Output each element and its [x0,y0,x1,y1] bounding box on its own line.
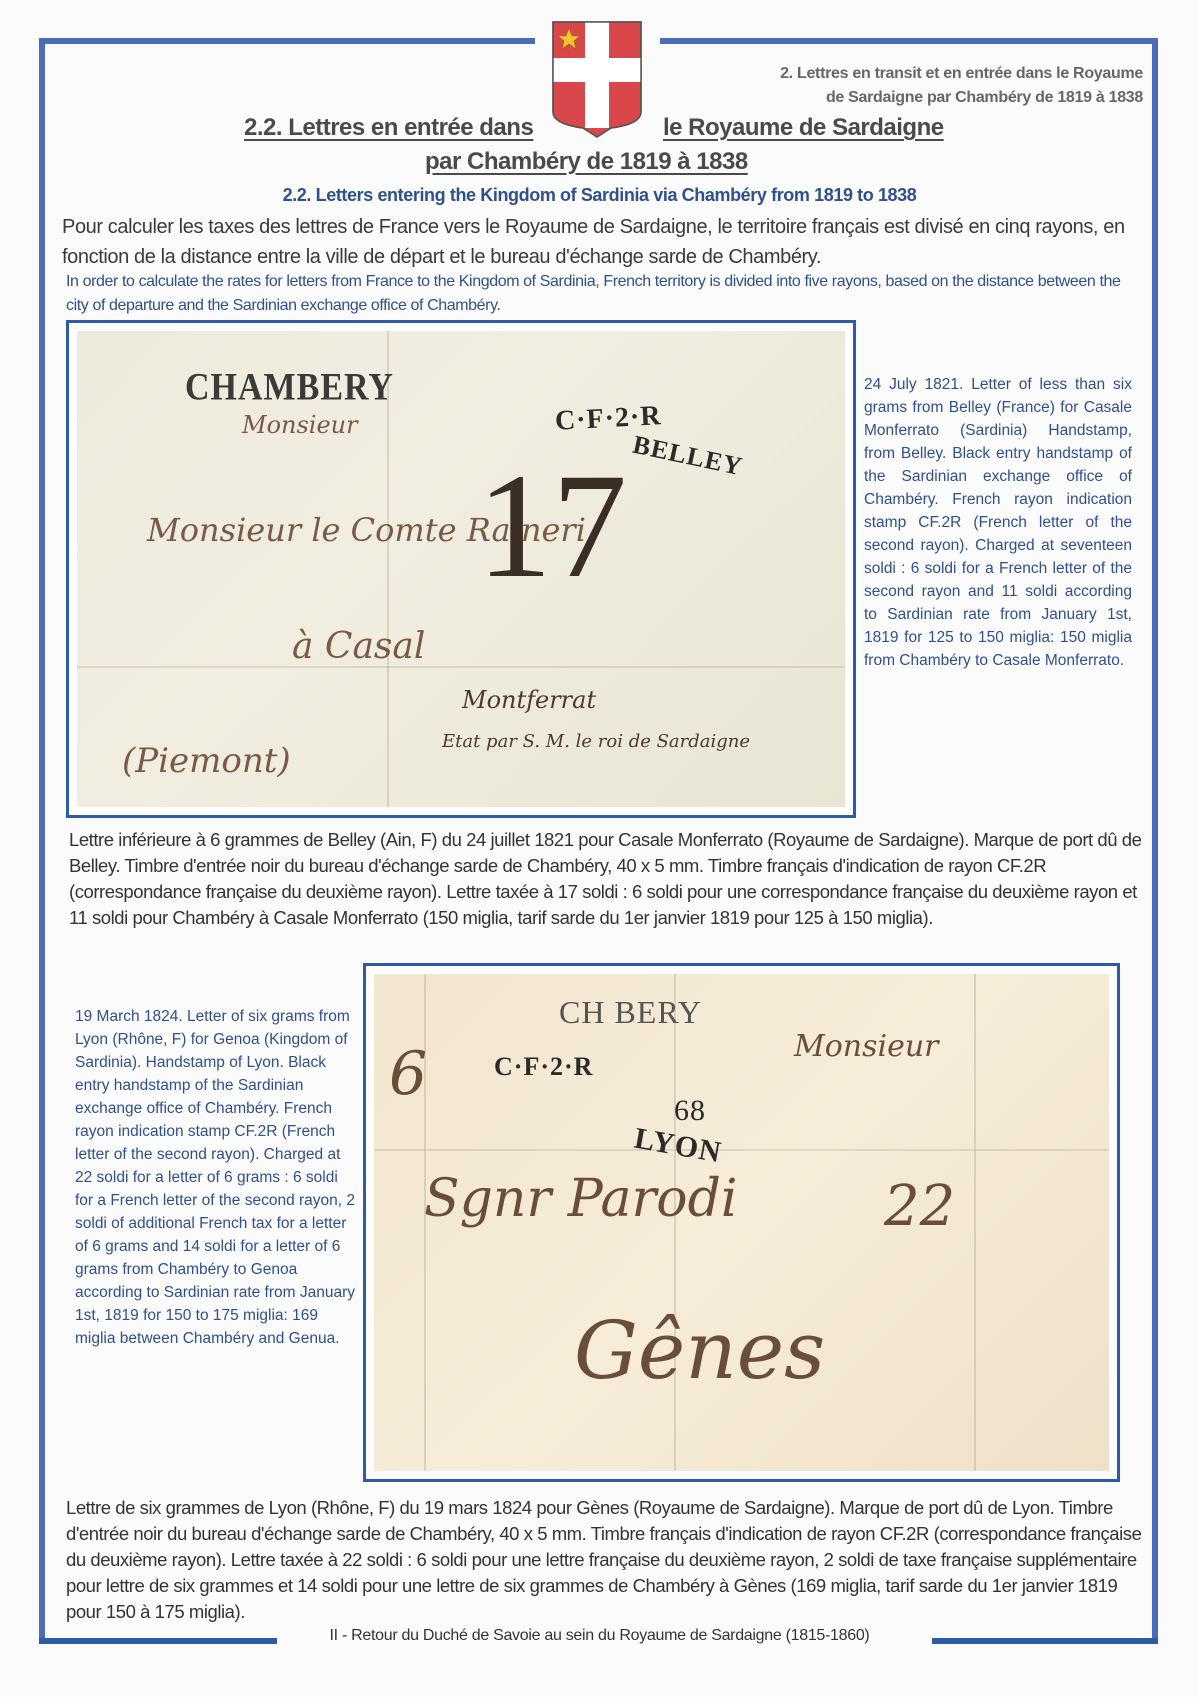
page-title-english: 2.2. Letters entering the Kingdom of Sar… [0,185,1199,206]
rayon-stamp: C·F·2·R [494,1052,593,1082]
handwriting-topline: Monsieur [242,411,358,439]
letter-cover-lyon: CH BERY C·F·2·R 68 LYON Monsieur 6 Sgnr … [374,974,1109,1471]
section-reference: 2. Lettres en transit et en entrée dans … [780,62,1143,110]
handwriting-address-city: à Casal [292,626,425,667]
handwriting-topline: Monsieur [794,1029,939,1064]
savoy-cross-shield-icon [551,20,643,138]
fold-line [374,1149,1109,1151]
frame-top-left [39,38,535,44]
page-footer: II - Retour du Duché de Savoie au sein d… [0,1627,1199,1645]
intro-french: Pour calculer les taxes des lettres de F… [62,212,1142,272]
frame-left [39,38,45,1644]
handwriting-address-region: Montferrat [462,686,596,714]
chambery-entry-stamp: CHAMBERY [185,366,394,410]
chambery-entry-stamp: CH BERY [559,994,702,1031]
page-title-part1: 2.2. Lettres en entrée dans [244,114,533,142]
tax-mark-17: 17 [477,451,627,601]
tax-mark-22: 22 [884,1174,955,1239]
handwriting-address-state: Etat par S. M. le roi de Sardaigne [442,731,750,752]
description-french-letter1: Lettre inférieure à 6 grammes de Belley … [69,827,1154,931]
belley-origin-stamp: BELLEY [630,430,745,483]
fold-line [77,666,845,668]
page-title-line2: par Chambéry de 1819 à 1838 [425,148,748,176]
section-ref-line1: 2. Lettres en transit et en entrée dans … [780,62,1143,86]
frame-top-right [660,38,1158,44]
letter-cover-belley: CHAMBERY C·F·2·R BELLEY Monsieur Monsieu… [77,331,845,807]
caption-english-letter1: 24 July 1821. Letter of less than six gr… [864,373,1132,672]
lyon-origin-stamp: LYON [632,1122,724,1171]
handwriting-piemont: (Piemont) [122,741,291,781]
lyon-number-stamp: 68 [674,1094,706,1128]
section-ref-line2: de Sardaigne par Chambéry de 1819 à 1838 [780,86,1143,110]
fold-line [974,974,976,1471]
intro-english: In order to calculate the rates for lett… [66,270,1146,318]
page-title-part2: le Royaume de Sardaigne [663,114,944,142]
description-french-letter2: Lettre de six grammes de Lyon (Rhône, F)… [66,1495,1151,1625]
handwriting-address-city: Gênes [574,1304,825,1397]
letter-image-1: CHAMBERY C·F·2·R BELLEY Monsieur Monsieu… [66,320,856,818]
caption-english-letter2: 19 March 1824. Letter of six grams from … [75,1005,360,1350]
handwriting-mark: 6 [389,1039,427,1109]
letter-image-2: CH BERY C·F·2·R 68 LYON Monsieur 6 Sgnr … [363,963,1120,1482]
handwriting-address-name: Sgnr Parodi [424,1169,738,1229]
